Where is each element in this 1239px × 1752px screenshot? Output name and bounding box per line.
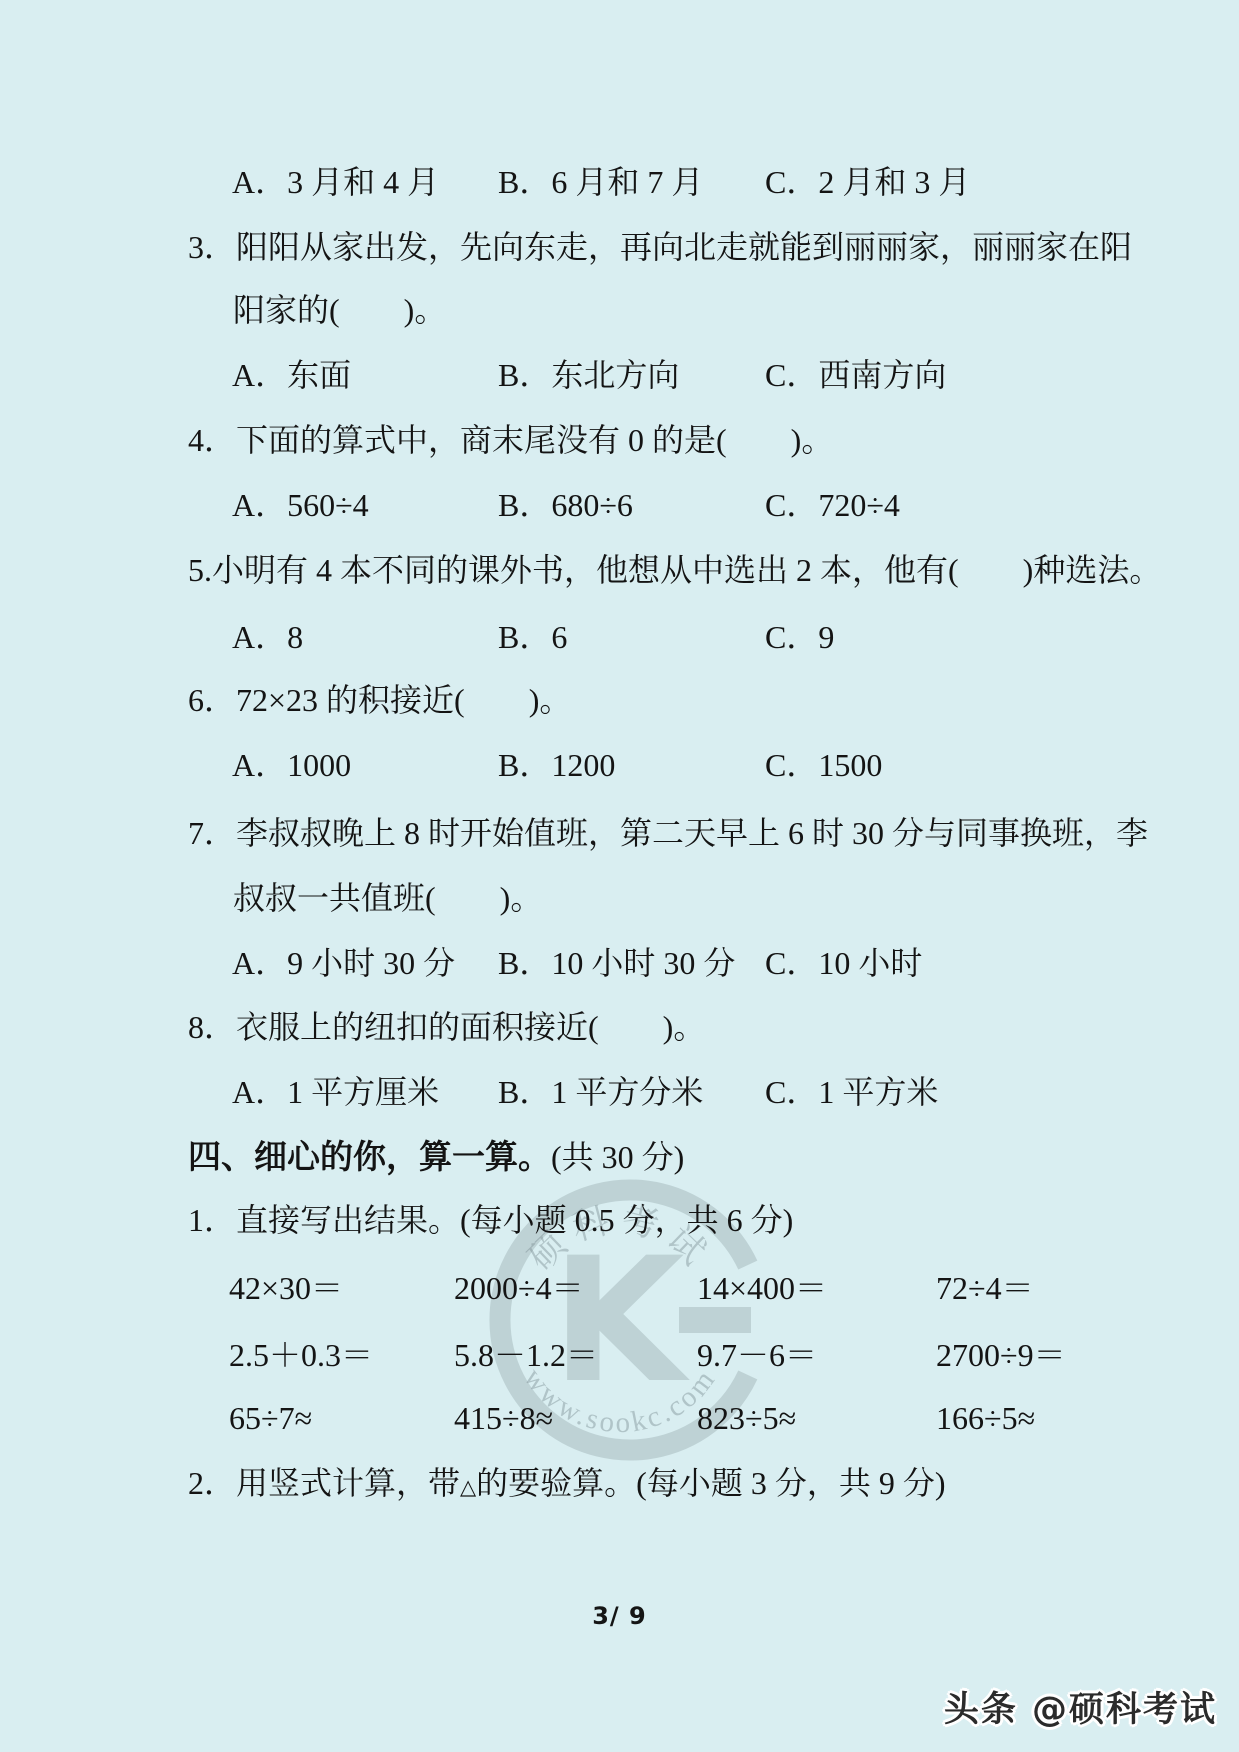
question-8-options: A．1 平方厘米 B．1 平方分米 C．1 平方米 — [0, 1070, 1239, 1114]
calc-expression: 14×400＝ — [697, 1266, 827, 1310]
option-c: C．1 平方米 — [765, 1070, 938, 1114]
option-c: C．2 月和 3 月 — [765, 160, 970, 204]
calc-item-1-text: 1．直接写出结果。(每小题 0.5 分，共 6 分) — [188, 1198, 793, 1242]
calc-row-3: 65÷7≈ 415÷8≈ 823÷5≈ 166÷5≈ — [0, 1396, 1239, 1440]
question-7-line-2: 叔叔一共值班( )。 — [233, 876, 542, 920]
calc-expression: 166÷5≈ — [936, 1396, 1035, 1440]
calc-expression: 5.8－1.2＝ — [454, 1333, 598, 1377]
option-b: B．680÷6 — [498, 483, 633, 527]
option-a: A．1 平方厘米 — [232, 1070, 439, 1114]
page-number: 3/ 9 — [0, 1602, 1239, 1630]
option-c: C．720÷4 — [765, 483, 900, 527]
section-4-score-note: (共 30 分) — [551, 1139, 684, 1175]
calc-expression: 415÷8≈ — [454, 1396, 553, 1440]
calc-expression: 72÷4＝ — [936, 1266, 1034, 1310]
worksheet-page: K 硕科考试 www.sookc.com A．3 月和 4 月 B．6 月和 7… — [0, 0, 1239, 1752]
section-4-title: 四、细心的你，算一算。 — [188, 1140, 551, 1176]
calc-expression: 823÷5≈ — [697, 1396, 796, 1440]
question-3-line-1: 3．阳阳从家出发，先向东走，再向北走就能到丽丽家，丽丽家在阳 — [188, 225, 1132, 269]
calc-item-2-suffix: 的要验算。(每小题 3 分，共 9 分) — [476, 1465, 945, 1501]
option-c: C．西南方向 — [765, 353, 946, 397]
option-a: A．8 — [232, 615, 303, 659]
question-4-options: A．560÷4 B．680÷6 C．720÷4 — [0, 483, 1239, 527]
triangle-symbol: △ — [460, 1475, 476, 1499]
toutiao-account-stamp: 头条 @硕科考试 — [944, 1682, 1217, 1732]
question-7-options: A．9 小时 30 分 B．10 小时 30 分 C．10 小时 — [0, 941, 1239, 985]
question-5-text: 5.小明有 4 本不同的课外书，他想从中选出 2 本，他有( )种选法。 — [188, 548, 1161, 592]
option-c: C．1500 — [765, 743, 882, 787]
watermark-g-crossbar — [679, 1307, 751, 1333]
option-c: C．9 — [765, 615, 834, 659]
calc-item-2-text: 2．用竖式计算，带△的要验算。(每小题 3 分，共 9 分) — [188, 1461, 946, 1509]
question-7-line-1: 7．李叔叔晚上 8 时开始值班，第二天早上 6 时 30 分与同事换班，李 — [188, 811, 1148, 855]
option-b: B．10 小时 30 分 — [498, 941, 735, 985]
option-b: B．6 — [498, 615, 567, 659]
question-8-text: 8．衣服上的纽扣的面积接近( )。 — [188, 1005, 705, 1049]
calc-expression: 65÷7≈ — [229, 1396, 312, 1440]
calc-expression: 42×30＝ — [229, 1266, 343, 1310]
question-3-line-2: 阳家的( )。 — [233, 288, 446, 332]
calc-item-2-prefix: 2．用竖式计算，带 — [188, 1465, 460, 1501]
option-b: B．6 月和 7 月 — [498, 160, 703, 204]
option-a: A．3 月和 4 月 — [232, 160, 439, 204]
calc-expression: 9.7－6＝ — [697, 1333, 817, 1377]
question-4-text: 4．下面的算式中，商末尾没有 0 的是( )。 — [188, 418, 833, 462]
option-c: C．10 小时 — [765, 941, 922, 985]
question-2-options: A．3 月和 4 月 B．6 月和 7 月 C．2 月和 3 月 — [0, 160, 1239, 204]
option-b: B．1200 — [498, 743, 615, 787]
calc-expression: 2.5＋0.3＝ — [229, 1333, 373, 1377]
section-4-heading: 四、细心的你，算一算。(共 30 分) — [188, 1135, 684, 1180]
option-a: A．9 小时 30 分 — [232, 941, 455, 985]
option-a: A．东面 — [232, 353, 351, 397]
question-6-options: A．1000 B．1200 C．1500 — [0, 743, 1239, 787]
option-a: A．560÷4 — [232, 483, 369, 527]
calc-expression: 2000÷4＝ — [454, 1266, 584, 1310]
question-5-options: A．8 B．6 C．9 — [0, 615, 1239, 659]
option-a: A．1000 — [232, 743, 351, 787]
option-b: B．1 平方分米 — [498, 1070, 703, 1114]
question-6-text: 6．72×23 的积接近( )。 — [188, 678, 571, 722]
calc-row-2: 2.5＋0.3＝ 5.8－1.2＝ 9.7－6＝ 2700÷9＝ — [0, 1333, 1239, 1377]
calc-expression: 2700÷9＝ — [936, 1333, 1066, 1377]
calc-row-1: 42×30＝ 2000÷4＝ 14×400＝ 72÷4＝ — [0, 1266, 1239, 1310]
option-b: B．东北方向 — [498, 353, 679, 397]
question-3-options: A．东面 B．东北方向 C．西南方向 — [0, 353, 1239, 397]
